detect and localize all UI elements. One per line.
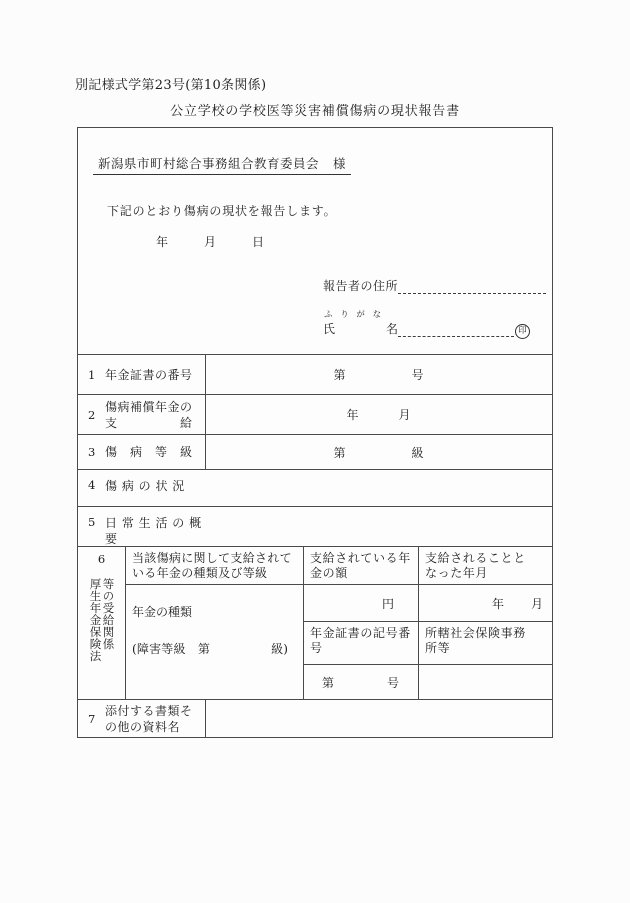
amount-header-cell: 支給されている年 金の額 <box>304 547 419 584</box>
table-row-5: 5 日 常 生 活 の 概 要 <box>78 506 552 546</box>
addressee-honorific: 様 <box>333 156 346 171</box>
declaration-text: 下記のとおり傷病の現状を報告します。 <box>107 202 336 219</box>
addressee-name: 新潟県市町村総合事務組合教育委員会 <box>98 156 319 171</box>
row6-right-columns: 支給されている年 金の額 支給されることと なった年月 円 年 月 年金証書の記… <box>304 547 552 699</box>
row3-number: 3 <box>88 445 105 459</box>
table-row-2: 2 傷病補償年金の 支 給 年 月 <box>78 394 552 434</box>
row6-number: 6 <box>98 552 105 566</box>
row1-label-cell: 1 年金証書の番号 <box>78 355 206 394</box>
row7-value-cell <box>206 700 552 737</box>
row1-label: 年金証書の番号 <box>105 367 205 383</box>
pension-type-label: 年金の種類 <box>132 605 299 620</box>
page-title: 公立学校の学校医等災害補償傷病の現状報告書 <box>0 100 630 119</box>
addressee-line: 新潟県市町村総合事務組合教育委員会様 <box>93 154 351 175</box>
row6-type-column: 当該傷病に関して支給されて いる年金の種類及び等級 年金の種類 (障害等級 第 … <box>126 547 304 699</box>
row3-label-cell: 3 傷 病 等 級 <box>78 435 206 469</box>
row6-cert-header-subrow: 年金証書の記号番 号 所轄社会保険事務 所等 <box>304 622 552 665</box>
row4-number: 4 <box>88 478 105 492</box>
row6-header-subrow: 支給されている年 金の額 支給されることと なった年月 <box>304 547 552 585</box>
amount-unit-cell: 円 <box>304 585 419 621</box>
row7-number: 7 <box>88 712 105 726</box>
row2-value-cell: 年 月 <box>206 395 552 434</box>
report-date-line: 年 月 日 <box>156 233 264 250</box>
office-value-cell <box>419 665 552 699</box>
row2-label-cell: 2 傷病補償年金の 支 給 <box>78 395 206 434</box>
name-fill-line <box>398 323 514 337</box>
row2-label: 傷病補償年金の 支 給 <box>105 399 205 431</box>
form-body-box: 新潟県市町村総合事務組合教育委員会様 下記のとおり傷病の現状を報告します。 年 … <box>77 127 553 738</box>
table-row-6: 6 厚生年金保険法 等の受給関係 当該傷病に関して支給されて いる年金の種類及び… <box>78 546 552 699</box>
row4-cell: 4 傷 病 の 状 況 <box>78 470 552 506</box>
row3-label: 傷 病 等 級 <box>105 444 205 460</box>
row5-label: 日 常 生 活 の 概 要 <box>105 515 205 547</box>
row7-label: 添付する書類そ の他の資料名 <box>105 703 205 735</box>
row6-type-grade-header: 当該傷病に関して支給されて いる年金の種類及び等級 <box>126 547 303 585</box>
report-table: 1 年金証書の番号 第 号 2 傷病補償年金の 支 給 年 月 3 傷 病 等 … <box>78 354 552 737</box>
row1-number: 1 <box>88 368 105 382</box>
grant-date-header-cell: 支給されることと なった年月 <box>419 547 552 584</box>
row7-label-cell: 7 添付する書類そ の他の資料名 <box>78 700 206 737</box>
cert-number-value-cell: 第 号 <box>304 665 419 699</box>
table-row-3: 3 傷 病 等 級 第 級 <box>78 434 552 469</box>
row6-value-subrow: 円 年 月 <box>304 585 552 622</box>
row1-value-cell: 第 号 <box>206 355 552 394</box>
disability-grade-line: (障害等級 第 級) <box>132 642 299 657</box>
reporter-address-label: 報告者の住所 <box>323 277 398 294</box>
row5-cell: 5 日 常 生 活 の 概 要 <box>78 507 552 546</box>
row5-number: 5 <box>88 515 105 529</box>
row6-cert-value-subrow: 第 号 <box>304 665 552 699</box>
grant-date-value-cell: 年 月 <box>419 585 552 621</box>
row6-side-cell: 6 厚生年金保険法 等の受給関係 <box>78 547 126 699</box>
office-header-cell: 所轄社会保険事務 所等 <box>419 622 552 664</box>
furigana-label: ふ り が な <box>324 308 384 320</box>
row6-pension-type-cell: 年金の種類 (障害等級 第 級) <box>126 585 303 699</box>
table-row-4: 4 傷 病 の 状 況 <box>78 469 552 506</box>
cert-number-header-cell: 年金証書の記号番 号 <box>304 622 419 664</box>
row2-number: 2 <box>88 408 105 422</box>
reporter-address-row: 報告者の住所 <box>323 277 546 294</box>
row3-value-cell: 第 級 <box>206 435 552 469</box>
name-label: 氏名 <box>323 320 398 337</box>
form-number: 別記様式学第23号(第10条関係) <box>75 74 266 93</box>
reporter-name-row: 氏名印 <box>323 320 530 337</box>
table-row-7: 7 添付する書類そ の他の資料名 <box>78 699 552 737</box>
table-row-1: 1 年金証書の番号 第 号 <box>78 354 552 394</box>
addressee-underline: 新潟県市町村総合事務組合教育委員会様 <box>93 154 351 175</box>
form-page: 別記様式学第23号(第10条関係) 公立学校の学校医等災害補償傷病の現状報告書 … <box>0 0 630 903</box>
row4-label: 傷 病 の 状 況 <box>105 478 205 494</box>
reporter-address-fill-line <box>398 280 546 294</box>
seal-mark-icon: 印 <box>515 324 530 339</box>
row6-law-label: 厚生年金保険法 等の受給関係 <box>89 578 115 662</box>
